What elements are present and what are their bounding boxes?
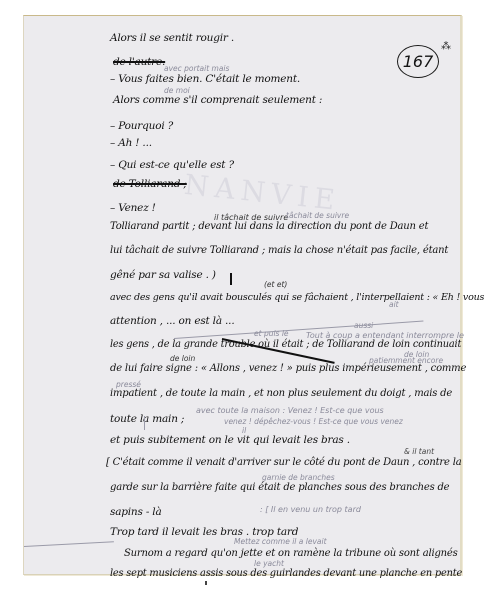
pencil-annotation: : [ Il en venu un trop tard <box>260 505 361 514</box>
manuscript-line: Surnom a regard qu'on jette et on ramène… <box>124 548 458 559</box>
pencil-annotation: patiemment encore <box>369 356 443 365</box>
manuscript-line: garde sur la barrière faite qui était de… <box>110 482 449 493</box>
manuscript-line: gêné par sa valise . ) <box>110 269 216 281</box>
manuscript-line: [ C'était comme il venait d'arriver sur … <box>106 457 461 468</box>
bracket-stroke <box>230 273 232 285</box>
pencil-bracket-stroke <box>144 416 145 430</box>
pencil-margin-stroke <box>24 541 114 547</box>
pencil-annotation: venez ! dépêchez-vous ! Est-ce que vous … <box>224 417 403 426</box>
pencil-annotation: avec toute la maison : Venez ! Est-ce qu… <box>196 406 384 415</box>
manuscript-line-struck: de l'autre. <box>113 56 165 68</box>
pencil-annotation: il <box>242 426 246 435</box>
manuscript-line: lui tâchait de suivre Tolliarand ; mais … <box>110 245 448 256</box>
manuscript-line: attention , ... on est là ... <box>110 315 234 327</box>
pencil-annotation: Mettez comme il a levait <box>234 537 327 546</box>
pencil-annotation: ait <box>389 300 399 309</box>
manuscript-line: avec des gens qu'il avait bousculés qui … <box>110 292 486 303</box>
pencil-annotation: Tout à coup a entendant interrompre le <box>306 331 464 340</box>
pencil-annotation: tâchait de suivre <box>286 211 349 220</box>
pencil-annotation: garnie de branches <box>262 473 335 482</box>
manuscript-line: – Venez ! <box>110 202 156 214</box>
ink-annotation: de loin <box>170 354 195 363</box>
manuscript-line: les gens , de la grande trouble où il ét… <box>110 339 461 350</box>
paper-watermark: NANVIE <box>183 168 343 217</box>
pencil-annotation: avec portait mais <box>164 64 229 73</box>
ink-annotation: il tâchait de suivre <box>214 213 288 222</box>
pencil-annotation: pressé <box>116 380 141 389</box>
manuscript-line: Tolliarand partit ; devant lui dans la d… <box>110 221 428 232</box>
folio-mark: ⁂ <box>441 41 451 52</box>
manuscript-line: – Vous faites bien. C'était le moment. <box>110 73 300 85</box>
manuscript-line: et puis subitement on le vit qui levait … <box>110 434 350 446</box>
manuscript-line: sapins - là <box>110 506 162 518</box>
manuscript-line: – Ah ! ... <box>110 137 152 149</box>
pencil-annotation: de moi <box>164 86 190 95</box>
manuscript-line: Alors il se sentit rougir . <box>110 32 234 44</box>
manuscript-line: impatient , de toute la main , et non pl… <box>110 388 452 399</box>
folio-number-circled: 167 <box>397 45 439 78</box>
manuscript-page: NANVIE 167 ⁂ Alors il se sentit rougir .… <box>23 15 462 575</box>
manuscript-line: Alors comme s'il comprenait seulement : <box>113 94 322 106</box>
manuscript-line: les sept musiciens assis sous des guirla… <box>110 568 462 579</box>
stray-ink-mark <box>205 581 207 585</box>
pencil-annotation: le yacht <box>254 559 284 568</box>
ink-annotation: & il tant <box>404 447 434 456</box>
manuscript-line-struck: de Tolliarand ; <box>113 178 187 190</box>
manuscript-line: toute la main ; <box>110 413 184 425</box>
manuscript-line: – Pourquoi ? <box>110 120 173 132</box>
manuscript-line: – Qui est-ce qu'elle est ? <box>110 159 234 171</box>
ink-annotation: (et et) <box>264 280 287 289</box>
